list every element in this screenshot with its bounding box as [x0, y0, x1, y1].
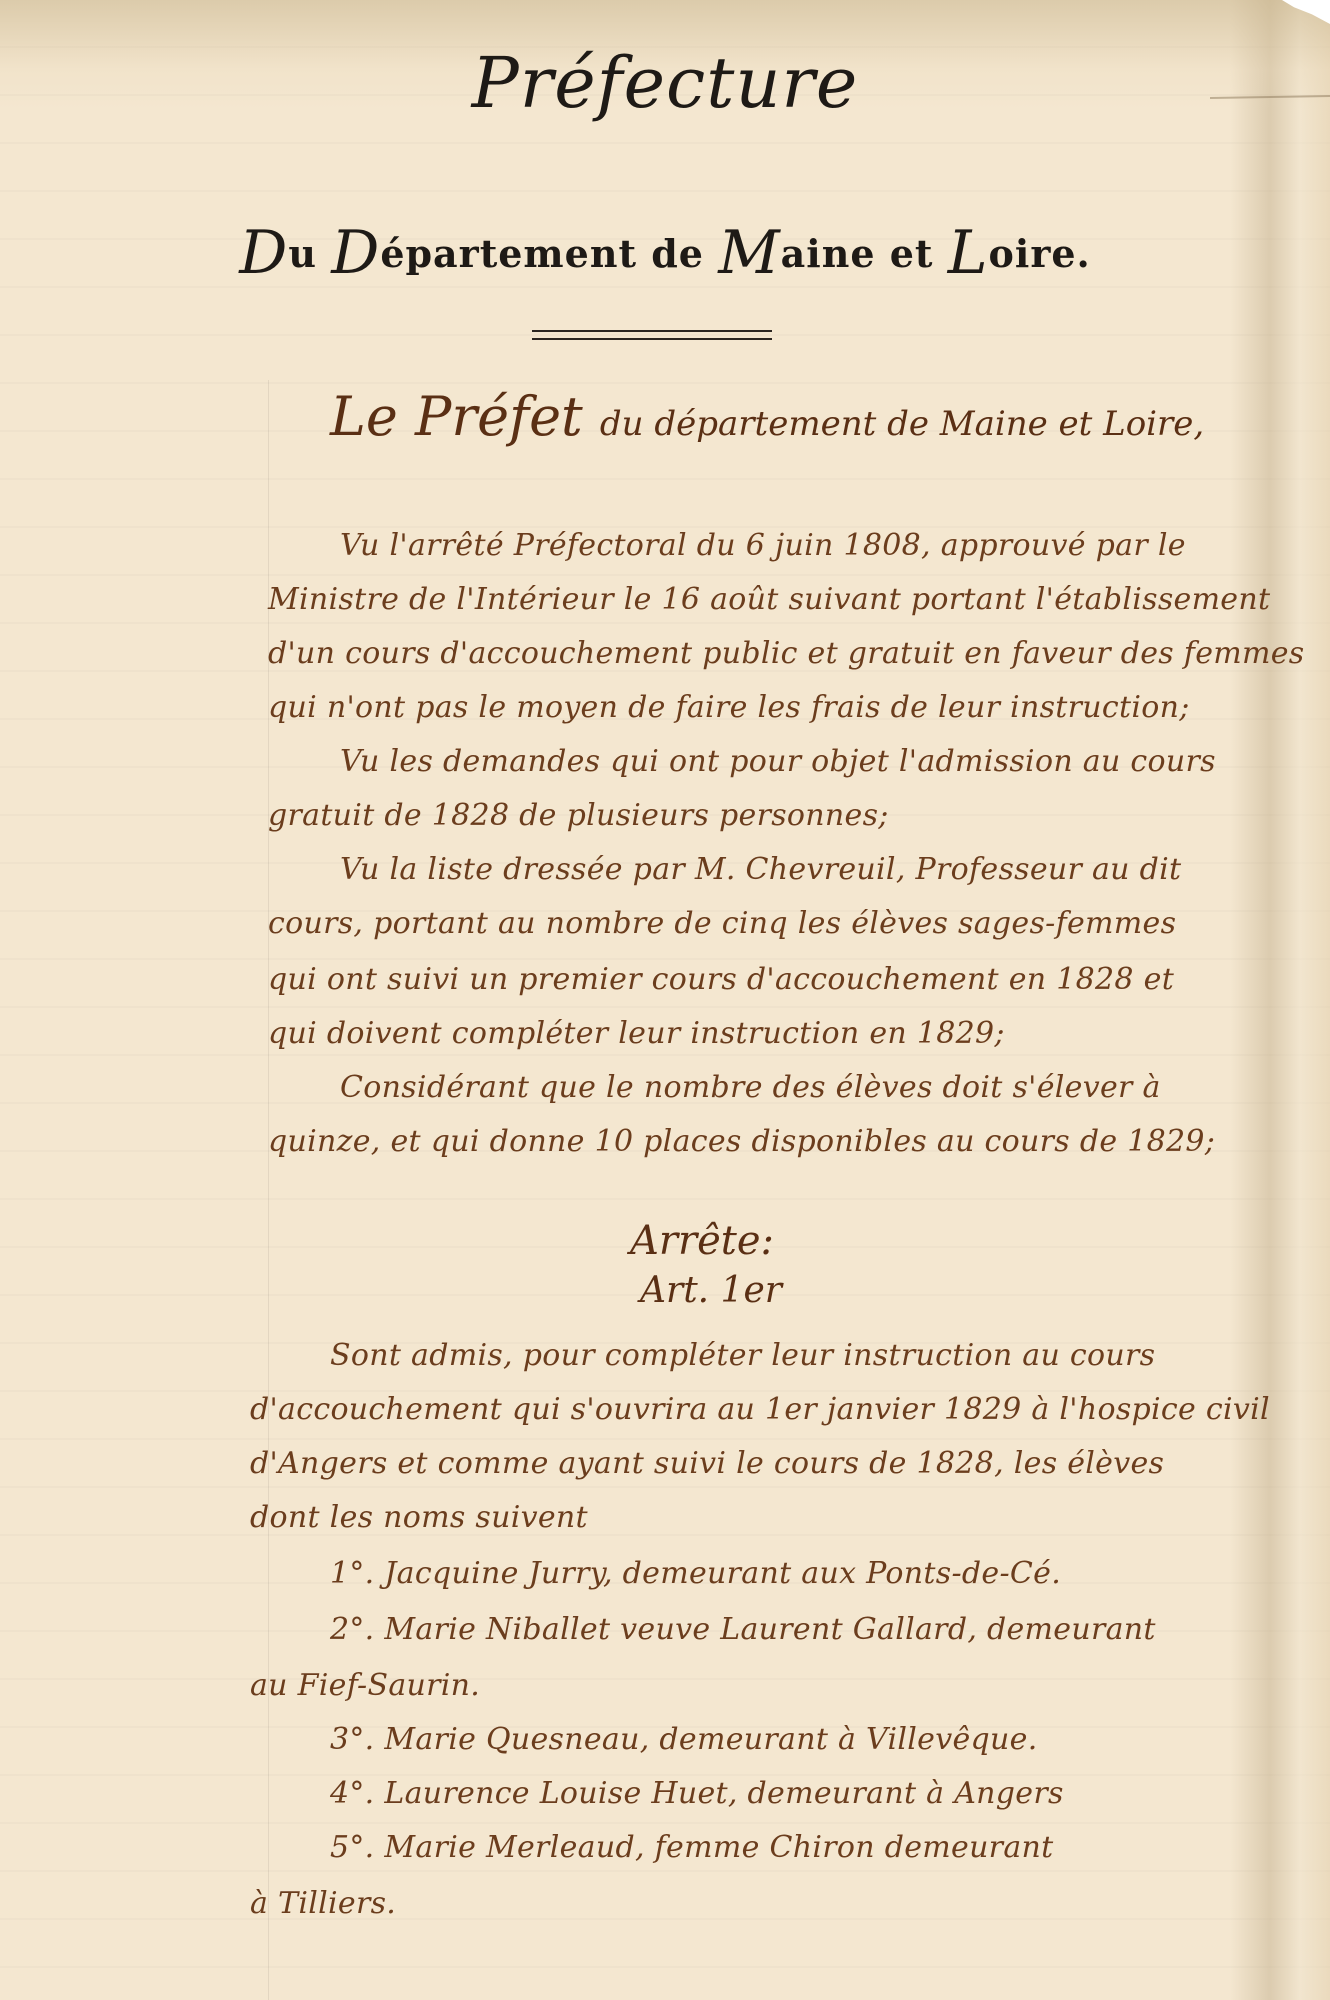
- department-subtitle: Du Département de Maine et Loire.: [0, 218, 1330, 288]
- subtitle-text: oire.: [989, 231, 1091, 276]
- article-line: Sont admis, pour compléter leur instruct…: [330, 1338, 1155, 1373]
- preamble-line: d'un cours d'accouchement public et grat…: [268, 636, 1305, 671]
- article-line: dont les noms suivent: [250, 1500, 588, 1535]
- student-entry: 5°. Marie Merleaud, femme Chiron demeura…: [330, 1830, 1054, 1865]
- preamble-line: qui doivent compléter leur instruction e…: [268, 1016, 1005, 1051]
- preamble-line: Vu les demandes qui ont pour objet l'adm…: [340, 744, 1216, 779]
- student-entry: 1°. Jacquine Jurry, demeurant aux Ponts-…: [330, 1556, 1061, 1591]
- preamble-line: qui n'ont pas le moyen de faire les frai…: [268, 690, 1190, 725]
- student-entry-continuation: au Fief-Saurin.: [250, 1668, 480, 1703]
- margin-rule: [268, 380, 269, 2000]
- preamble-line: qui ont suivi un premier cours d'accouch…: [268, 962, 1174, 997]
- paper-background: [0, 0, 1330, 2000]
- opening-line: Le Préfet du département de Maine et Loi…: [330, 385, 1204, 448]
- prefet-lead: Le Préfet: [330, 385, 583, 448]
- subtitle-text: u: [288, 231, 331, 276]
- student-entry-continuation: à Tilliers.: [250, 1886, 396, 1921]
- student-entry: 2°. Marie Niballet veuve Laurent Gallard…: [330, 1612, 1156, 1647]
- prefecture-title: Préfecture: [0, 42, 1330, 124]
- student-entry: 3°. Marie Quesneau, demeurant à Villevêq…: [330, 1722, 1038, 1757]
- decree-heading: Arrête:: [630, 1218, 774, 1264]
- prefet-rest: du département de Maine et Loire,: [600, 404, 1204, 444]
- preamble-line: Vu l'arrêté Préfectoral du 6 juin 1808, …: [340, 528, 1186, 563]
- preamble-line: Vu la liste dressée par M. Chevreuil, Pr…: [340, 852, 1181, 887]
- subtitle-initial: M: [718, 218, 780, 288]
- subtitle-text: aine et: [781, 231, 948, 276]
- student-entry: 4°. Laurence Louise Huet, demeurant à An…: [330, 1776, 1064, 1811]
- subtitle-initial: L: [948, 218, 989, 288]
- preamble-line: Considérant que le nombre des élèves doi…: [340, 1070, 1161, 1105]
- preamble-line: gratuit de 1828 de plusieurs personnes;: [268, 798, 889, 833]
- subtitle-text: épartement de: [380, 231, 718, 276]
- subtitle-initial: D: [239, 218, 288, 288]
- preamble-line: quinze, et qui donne 10 places disponibl…: [268, 1124, 1215, 1159]
- article-line: d'accouchement qui s'ouvrira au 1er janv…: [250, 1392, 1270, 1427]
- preamble-line: cours, portant au nombre de cinq les élè…: [268, 906, 1176, 941]
- preamble-line: Ministre de l'Intérieur le 16 août suiva…: [268, 582, 1270, 617]
- subtitle-initial: D: [331, 218, 380, 288]
- double-rule-divider: [532, 330, 772, 340]
- article-heading: Art. 1er: [640, 1270, 782, 1311]
- article-line: d'Angers et comme ayant suivi le cours d…: [250, 1446, 1164, 1481]
